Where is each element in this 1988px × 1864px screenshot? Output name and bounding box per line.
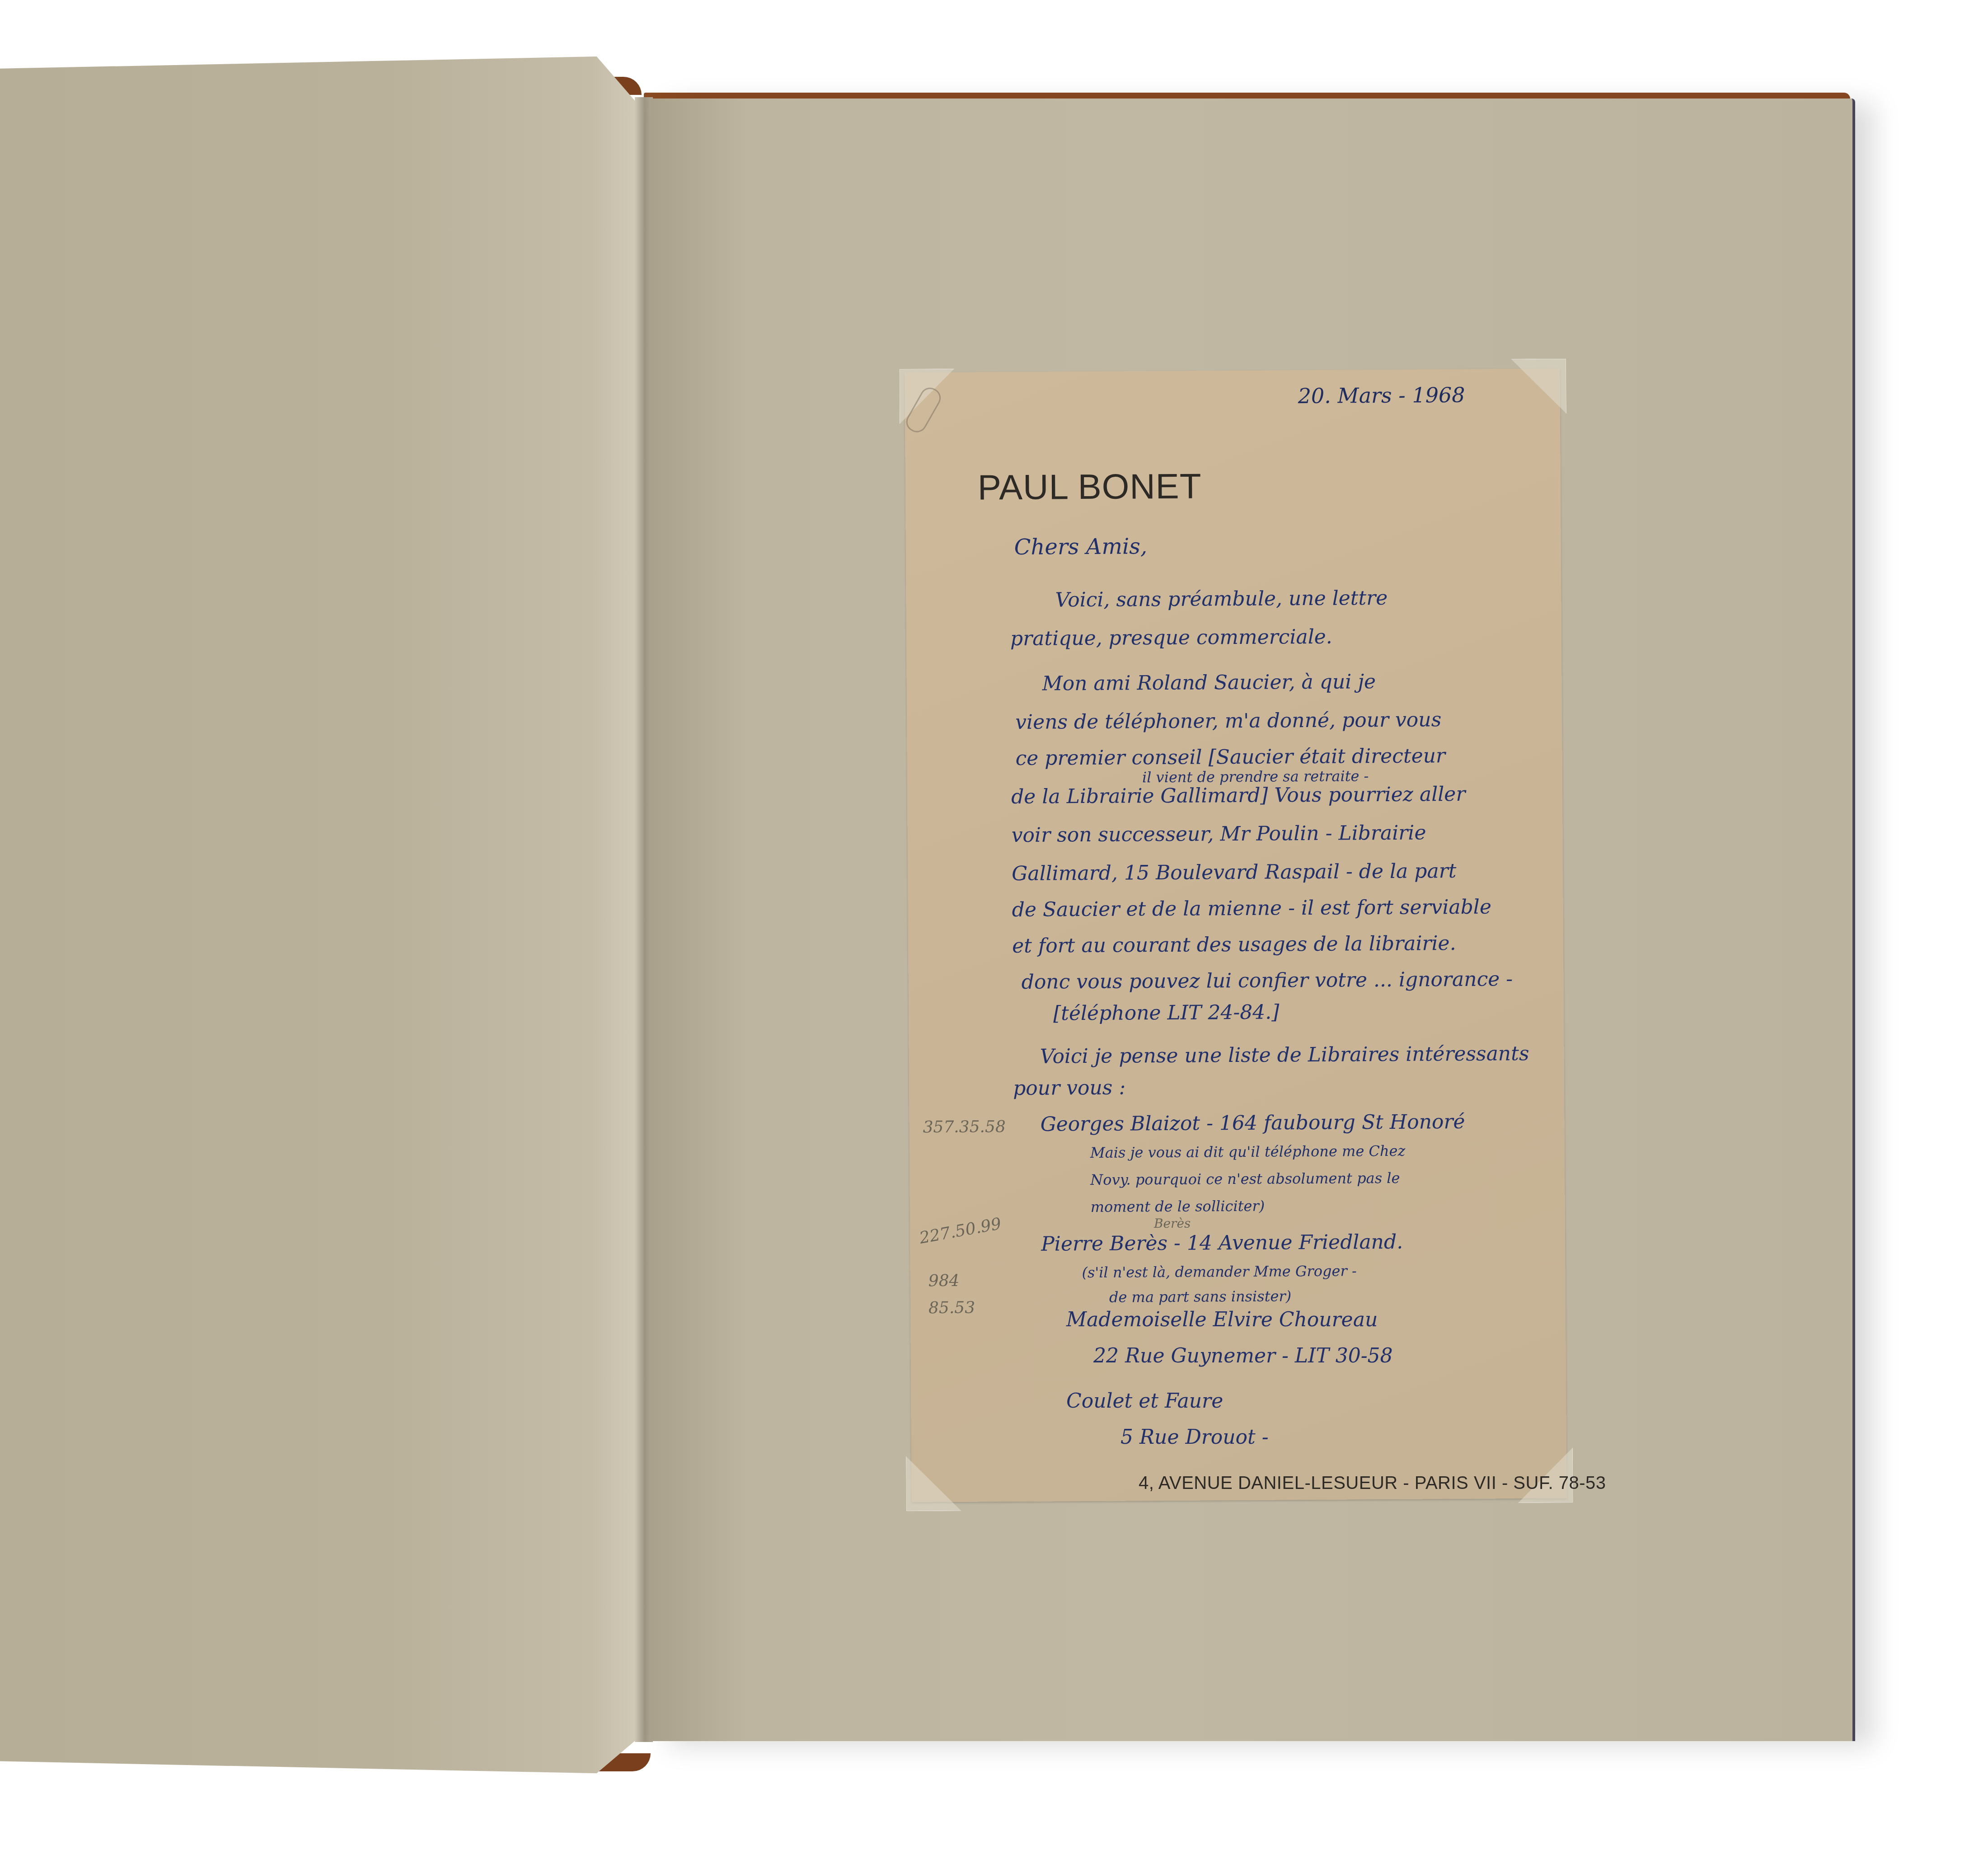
bookseller-entry: Mademoiselle Elvire Choureau — [1066, 1308, 1378, 1331]
letter-line: Gallimard, 15 Boulevard Raspail - de la … — [1012, 859, 1456, 885]
bookseller-entry: Pierre Berès - 14 Avenue Friedland. — [1041, 1230, 1403, 1256]
letter-line: pratique, presque commerciale. — [1010, 625, 1332, 650]
bookseller-address: 22 Rue Guynemer - LIT 30-58 — [1093, 1344, 1393, 1367]
letter-line: [téléphone LIT 24-84.] — [1053, 1000, 1280, 1025]
letter-line: pour vous : — [1013, 1076, 1125, 1100]
letter-line: ce premier conseil [Saucier était direct… — [1015, 744, 1445, 770]
open-album: 20. Mars - 1968 PAUL BONET Chers Amis, V… — [0, 0, 1988, 1864]
salutation: Chers Amis, — [1014, 534, 1148, 560]
bookseller-address: 5 Rue Drouot - — [1121, 1426, 1269, 1449]
letter-line: de Saucier et de la mienne - il est fort… — [1012, 896, 1491, 921]
bookseller-entry: Georges Blaizot - 164 faubourg St Honoré — [1040, 1110, 1465, 1136]
corner-mount-top-right — [1511, 359, 1566, 414]
spine-gutter — [635, 97, 653, 1742]
letter-line: donc vous pouvez lui confier votre ... i… — [1021, 967, 1513, 994]
letterhead-name: PAUL BONET — [978, 465, 1202, 508]
letterhead-footer-address: 4, AVENUE DANIEL-LESUEUR - PARIS VII - S… — [1139, 1473, 1606, 1493]
corner-mount-bottom-left — [906, 1456, 961, 1512]
margin-note: 984 — [928, 1272, 960, 1290]
pencil-annotation: Berès — [1154, 1216, 1191, 1231]
mounted-letter: 20. Mars - 1968 PAUL BONET Chers Amis, V… — [905, 369, 1566, 1502]
margin-note: 85.53 — [928, 1299, 975, 1318]
margin-note: 227.50.99 — [918, 1215, 1003, 1248]
margin-note: 357.35.58 — [923, 1117, 1005, 1136]
left-page — [0, 56, 642, 1787]
letter-line: Voici je pense une liste de Libraires in… — [1040, 1042, 1529, 1068]
bookseller-note: Novy. pourquoi ce n'est absolument pas l… — [1090, 1169, 1400, 1188]
bookseller-entry: Coulet et Faure — [1066, 1390, 1223, 1413]
letter-line: voir son successeur, Mr Poulin - Librair… — [1011, 821, 1426, 847]
letter-line: Voici, sans préambule, une lettre — [1055, 587, 1388, 611]
bookseller-note: de ma part sans insister) — [1109, 1287, 1292, 1305]
letter-line: viens de téléphoner, m'a donné, pour vou… — [1015, 708, 1441, 734]
letter-line: et fort au courant des usages de la libr… — [1012, 932, 1456, 958]
bookseller-note: (s'il n'est là, demander Mme Groger - — [1082, 1262, 1356, 1281]
bookseller-note: moment de le solliciter) — [1091, 1197, 1265, 1216]
letter-date: 20. Mars - 1968 — [1298, 383, 1465, 408]
letter-line: de la Librairie Gallimard] Vous pourriez… — [1011, 783, 1466, 808]
letter-line: Mon ami Roland Saucier, à qui je — [1042, 670, 1376, 695]
bookseller-note: Mais je vous ai dit qu'il téléphone me C… — [1090, 1142, 1406, 1161]
